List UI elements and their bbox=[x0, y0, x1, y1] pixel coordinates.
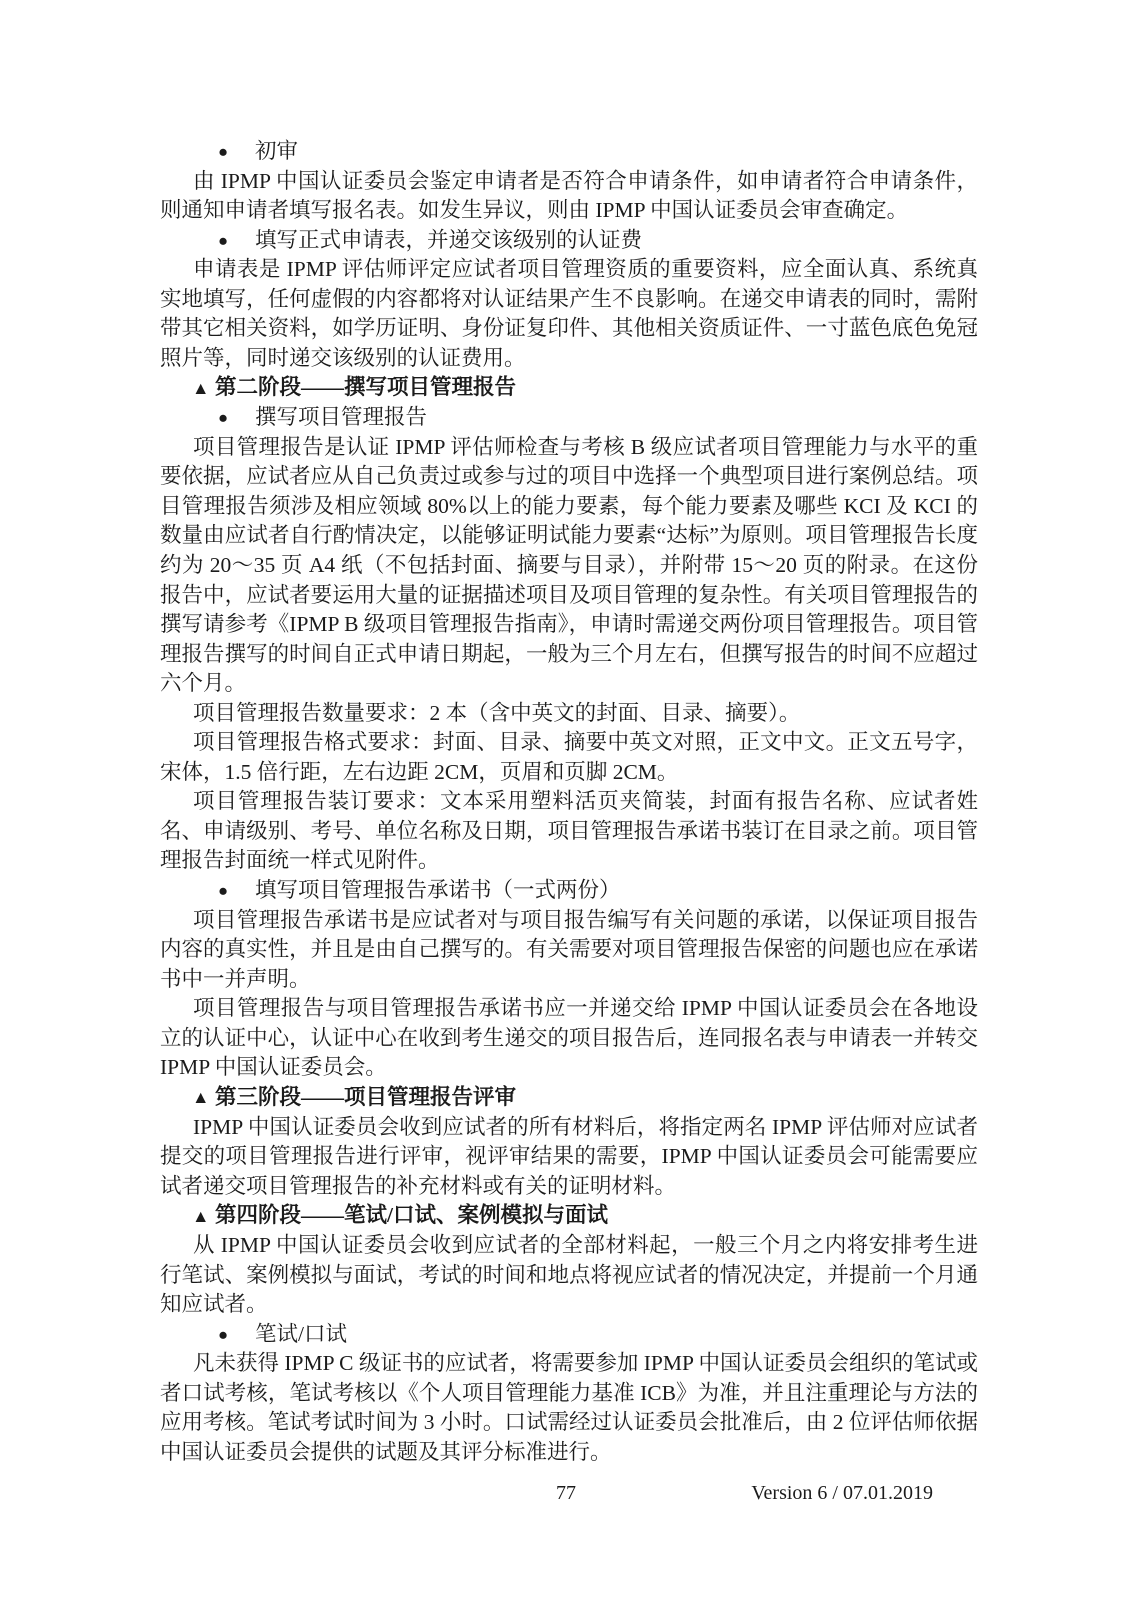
paragraph: 项目管理报告数量要求：2 本（含中英文的封面、目录、摘要）。 bbox=[160, 699, 978, 729]
block-text: 撰写项目管理报告 bbox=[255, 405, 427, 429]
bullet-item: ●笔试/口试 bbox=[160, 1320, 978, 1350]
block-text: 初审 bbox=[255, 139, 298, 163]
stage-heading: ▲第二阶段——撰写项目管理报告 bbox=[160, 373, 978, 403]
bullet-icon: ● bbox=[218, 137, 255, 167]
stage-heading: ▲第三阶段——项目管理报告评审 bbox=[160, 1083, 978, 1113]
bullet-item: ●撰写项目管理报告 bbox=[160, 403, 978, 433]
block-text: IPMP 中国认证委员会收到应试者的所有材料后，将指定两名 IPMP 评估师对应… bbox=[160, 1115, 978, 1198]
block-text: 项目管理报告与项目管理报告承诺书应一并递交给 IPMP 中国认证委员会在各地设立… bbox=[160, 996, 978, 1079]
bullet-item: ●初审 bbox=[160, 137, 978, 167]
paragraph: 项目管理报告装订要求：文本采用塑料活页夹简装，封面有报告名称、应试者姓名、申请级… bbox=[160, 787, 978, 876]
bullet-icon: ● bbox=[218, 876, 255, 906]
bullet-icon: ● bbox=[218, 226, 255, 256]
block-text: 项目管理报告承诺书是应试者对与项目报告编写有关问题的承诺，以保证项目报告内容的真… bbox=[160, 908, 978, 991]
block-text: 项目管理报告数量要求：2 本（含中英文的封面、目录、摘要）。 bbox=[193, 701, 800, 725]
block-text: 填写正式申请表，并递交该级别的认证费 bbox=[255, 228, 642, 252]
block-text: 项目管理报告格式要求：封面、目录、摘要中英文对照，正文中文。正文五号字，宋体，1… bbox=[160, 730, 978, 784]
paragraph: 项目管理报告承诺书是应试者对与项目报告编写有关问题的承诺，以保证项目报告内容的真… bbox=[160, 906, 978, 995]
triangle-icon: ▲ bbox=[192, 1202, 215, 1232]
block-text: 由 IPMP 中国认证委员会鉴定申请者是否符合申请条件，如申请者符合申请条件，则… bbox=[160, 169, 978, 223]
block-text: 凡未获得 IPMP C 级证书的应试者，将需要参加 IPMP 中国认证委员会组织… bbox=[160, 1351, 978, 1464]
block-text: 项目管理报告是认证 IPMP 评估师检查与考核 B 级应试者项目管理能力与水平的… bbox=[160, 435, 978, 695]
page-footer: 77 Version 6 / 07.01.2019 bbox=[0, 1482, 1131, 1512]
paragraph: IPMP 中国认证委员会收到应试者的所有材料后，将指定两名 IPMP 评估师对应… bbox=[160, 1113, 978, 1202]
block-text: 第三阶段——项目管理报告评审 bbox=[215, 1085, 516, 1109]
triangle-icon: ▲ bbox=[192, 374, 215, 404]
block-text: 笔试/口试 bbox=[255, 1322, 347, 1346]
block-text: 申请表是 IPMP 评估师评定应试者项目管理资质的重要资料，应全面认真、系统真实… bbox=[160, 257, 978, 370]
bullet-item: ●填写项目管理报告承诺书（一式两份） bbox=[160, 876, 978, 906]
block-text: 项目管理报告装订要求：文本采用塑料活页夹简装，封面有报告名称、应试者姓名、申请级… bbox=[160, 789, 978, 872]
block-text: 填写项目管理报告承诺书（一式两份） bbox=[255, 878, 621, 902]
bullet-icon: ● bbox=[218, 1320, 255, 1350]
paragraph: 项目管理报告是认证 IPMP 评估师检查与考核 B 级应试者项目管理能力与水平的… bbox=[160, 433, 978, 699]
bullet-item: ●填写正式申请表，并递交该级别的认证费 bbox=[160, 226, 978, 256]
paragraph: 从 IPMP 中国认证委员会收到应试者的全部材料起，一般三个月之内将安排考生进行… bbox=[160, 1231, 978, 1320]
paragraph: 由 IPMP 中国认证委员会鉴定申请者是否符合申请条件，如申请者符合申请条件，则… bbox=[160, 167, 978, 226]
paragraph: 项目管理报告格式要求：封面、目录、摘要中英文对照，正文中文。正文五号字，宋体，1… bbox=[160, 728, 978, 787]
document-page: ●初审由 IPMP 中国认证委员会鉴定申请者是否符合申请条件，如申请者符合申请条… bbox=[0, 0, 1131, 1600]
paragraph: 项目管理报告与项目管理报告承诺书应一并递交给 IPMP 中国认证委员会在各地设立… bbox=[160, 994, 978, 1083]
stage-heading: ▲第四阶段——笔试/口试、案例模拟与面试 bbox=[160, 1201, 978, 1231]
document-content: ●初审由 IPMP 中国认证委员会鉴定申请者是否符合申请条件，如申请者符合申请条… bbox=[160, 137, 978, 1468]
version-label: Version 6 / 07.01.2019 bbox=[751, 1482, 933, 1505]
triangle-icon: ▲ bbox=[192, 1083, 215, 1113]
bullet-icon: ● bbox=[218, 403, 255, 433]
block-text: 第二阶段——撰写项目管理报告 bbox=[215, 375, 516, 399]
paragraph: 凡未获得 IPMP C 级证书的应试者，将需要参加 IPMP 中国认证委员会组织… bbox=[160, 1349, 978, 1467]
block-text: 第四阶段——笔试/口试、案例模拟与面试 bbox=[215, 1203, 608, 1227]
paragraph: 申请表是 IPMP 评估师评定应试者项目管理资质的重要资料，应全面认真、系统真实… bbox=[160, 255, 978, 373]
block-text: 从 IPMP 中国认证委员会收到应试者的全部材料起，一般三个月之内将安排考生进行… bbox=[160, 1233, 978, 1316]
